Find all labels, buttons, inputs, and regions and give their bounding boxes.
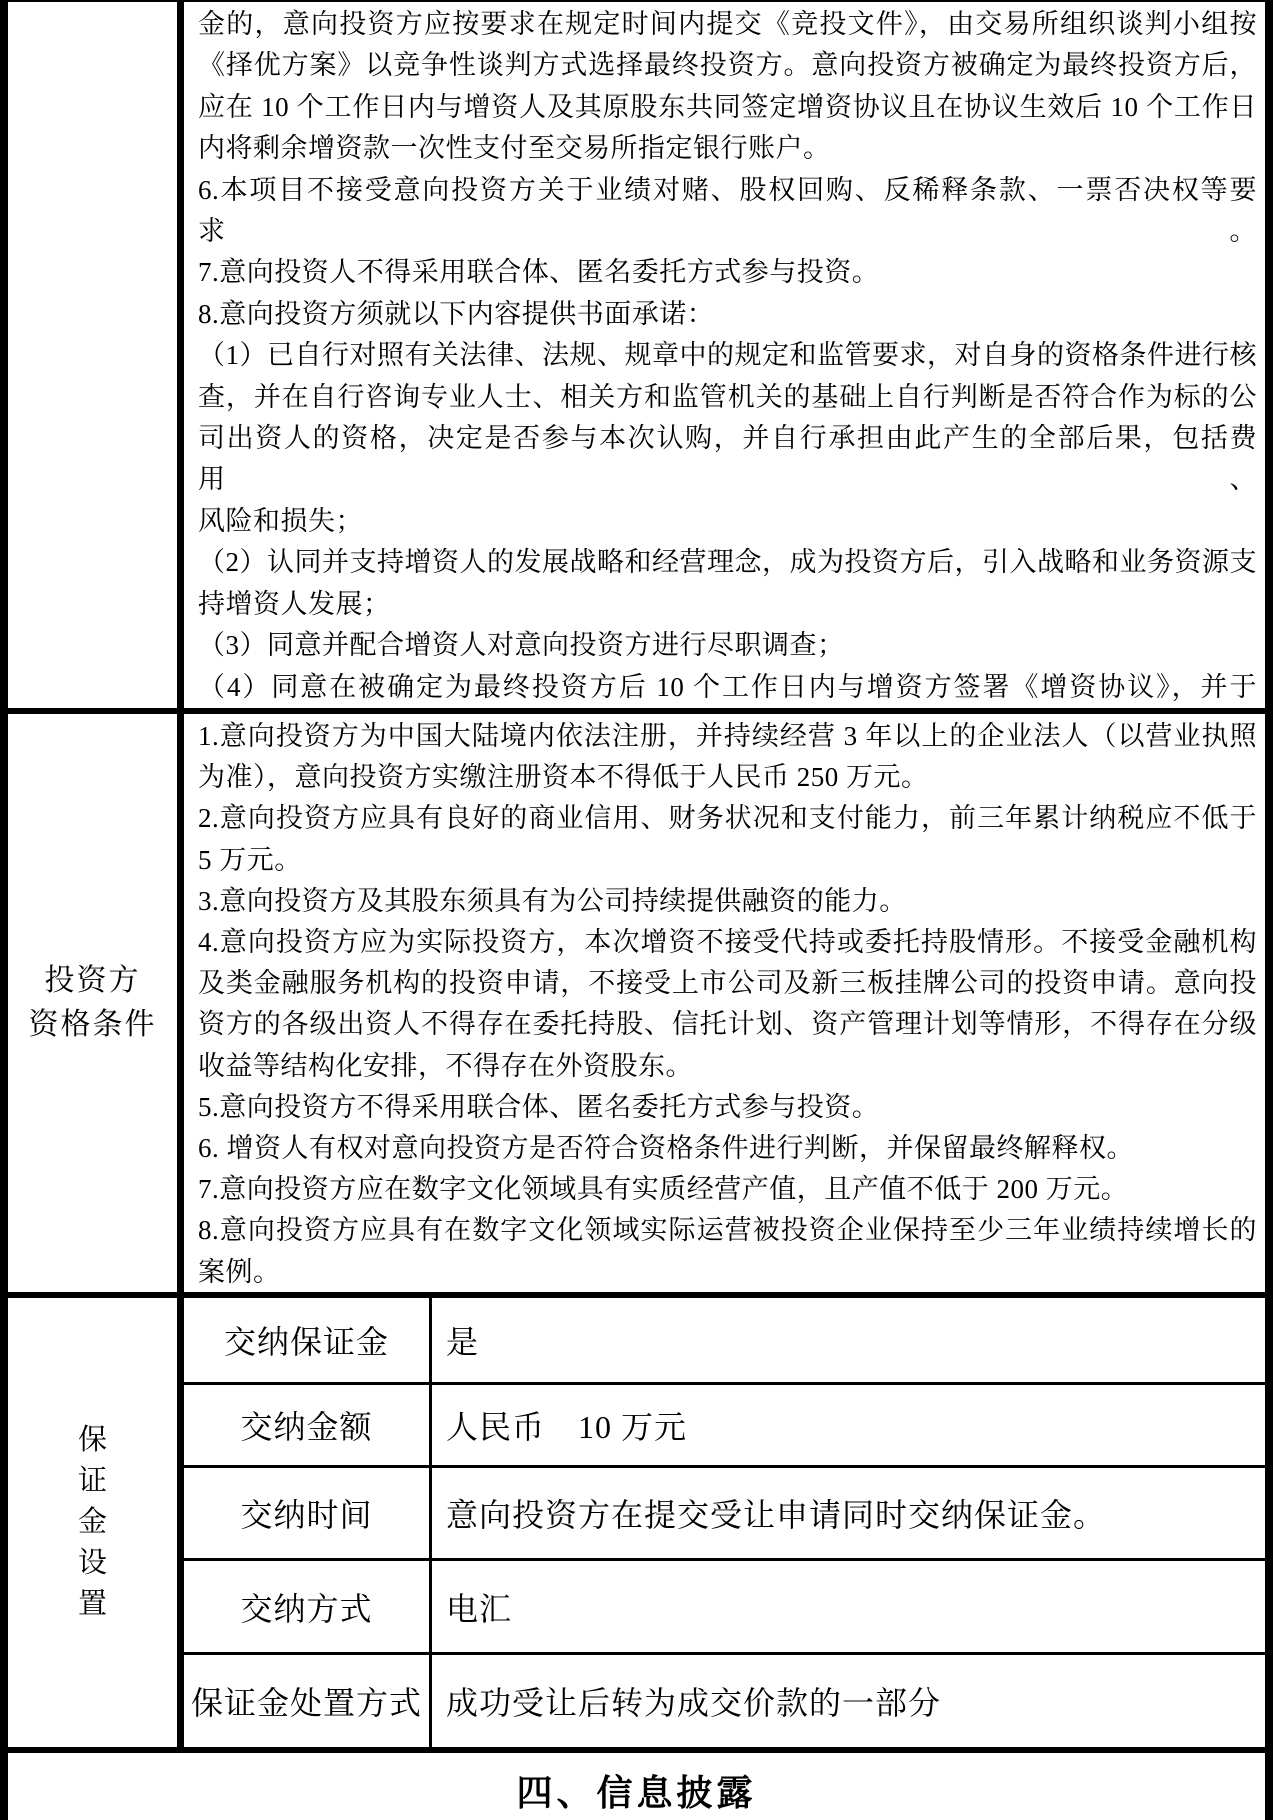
deposit-label: 保证金设置 [77, 1420, 108, 1625]
text-line: 2.意向投资方应具有良好的商业信用、财务状况和支付能力，前三年累计纳税应不低于 [198, 798, 1257, 839]
text-line: （2）认同并支持增资人的发展战略和经营理念，成为投资方后，引入战略和业务资源支 [198, 542, 1257, 583]
text-line: 5 万元。 [198, 840, 1257, 881]
text-line: 6.本项目不接受意向投资方关于业绩对赌、股权回购、反稀释条款、一票否决权等要求。 [198, 170, 1257, 253]
text-line: 司出资人的资格，决定是否参与本次认购，并自行承担由此产生的全部后果，包括费用、 [198, 418, 1257, 501]
deposit-subrow-value: 电汇 [432, 1561, 1265, 1652]
text-line: 持增资人发展； [198, 584, 1257, 625]
text-line: 8.意向投资方须就以下内容提供书面承诺： [198, 294, 1257, 335]
table-row-deposit: 保证金设置 交纳保证金 是 交纳金额 人民币 10 万元 交纳时间 意向投资方在… [8, 1298, 1265, 1753]
text-line: （3）同意并配合增资人对意向投资方进行尽职调查； [198, 625, 1257, 666]
deposit-subrow-key: 交纳方式 [184, 1561, 432, 1652]
text-line: 1.意向投资方为中国大陆境内依法注册，并持续经营 3 年以上的企业法人（以营业执… [198, 716, 1257, 757]
table-row-continuation: 金的，意向投资方应按要求在规定时间内提交《竞投文件》，由交易所组织谈判小组按《择… [8, 2, 1265, 714]
text-line: 4.意向投资方应为实际投资方，本次增资不接受代持或委托持股情形。不接受金融机构 [198, 922, 1257, 963]
text-line: 《择优方案》以竞争性谈判方式选择最终投资方。意向投资方被确定为最终投资方后， [198, 45, 1257, 86]
section-heading: 四、信息披露 [516, 1765, 756, 1816]
deposit-subrow: 交纳保证金 是 [184, 1298, 1265, 1385]
deposit-subrow-key: 交纳保证金 [184, 1298, 432, 1382]
text-line: 内将剩余增资款一次性支付至交易所指定银行账户。 [198, 128, 1257, 169]
text-line: 为准），意向投资方实缴注册资本不得低于人民币 250 万元。 [198, 757, 1257, 798]
table-footer: 四、信息披露 [8, 1753, 1265, 1820]
table-row-qualifications: 投资方资格条件 1.意向投资方为中国大陆境内依法注册，并持续经营 3 年以上的企… [8, 714, 1265, 1298]
deposit-label-cell: 保证金设置 [8, 1298, 184, 1747]
document-page: 金的，意向投资方应按要求在规定时间内提交《竞投文件》，由交易所组织谈判小组按《择… [0, 0, 1273, 1820]
text-line: （1）已自行对照有关法律、法规、规章中的规定和监管要求，对自身的资格条件进行核 [198, 335, 1257, 376]
deposit-subrow-value: 是 [432, 1298, 1265, 1382]
deposit-subrow: 交纳金额 人民币 10 万元 [184, 1385, 1265, 1468]
deposit-subrow-value: 意向投资方在提交受让申请同时交纳保证金。 [432, 1468, 1265, 1558]
continuation-content-cell: 金的，意向投资方应按要求在规定时间内提交《竞投文件》，由交易所组织谈判小组按《择… [184, 2, 1265, 708]
text-line: 6. 增资人有权对意向投资方是否符合资格条件进行判断，并保留最终解释权。 [198, 1128, 1257, 1169]
text-line: 及类金融服务机构的投资申请，不接受上市公司及新三板挂牌公司的投资申请。意向投 [198, 963, 1257, 1004]
deposit-subrow-key: 交纳金额 [184, 1385, 432, 1465]
deposit-subtable: 交纳保证金 是 交纳金额 人民币 10 万元 交纳时间 意向投资方在提交受让申请… [184, 1298, 1265, 1747]
text-line: 金的，意向投资方应按要求在规定时间内提交《竞投文件》，由交易所组织谈判小组按 [198, 4, 1257, 45]
text-line: 资方的各级出资人不得存在委托持股、信托计划、资产管理计划等情形，不得存在分级 [198, 1004, 1257, 1045]
text-line: 8.意向投资方应具有在数字文化领域实际运营被投资企业保持至少三年业绩持续增长的 [198, 1210, 1257, 1251]
text-line: 资格条件 [29, 1003, 157, 1047]
continuation-label-cell [8, 2, 184, 708]
text-line: 投资方 [45, 959, 141, 1003]
text-line: （4）同意在被确定为最终投资方后 10 个工作日内与增资方签署《增资协议》，并于… [198, 667, 1257, 709]
qualifications-label-cell: 投资方资格条件 [8, 714, 184, 1292]
deposit-subrow-key: 保证金处置方式 [184, 1655, 432, 1747]
text-line: 5.意向投资方不得采用联合体、匿名委托方式参与投资。 [198, 1087, 1257, 1128]
text-line: 风险和损失； [198, 501, 1257, 542]
text-line: 案例。 [198, 1252, 1257, 1292]
deposit-subrow: 保证金处置方式 成功受让后转为成交价款的一部分 [184, 1655, 1265, 1747]
deposit-subrow: 交纳时间 意向投资方在提交受让申请同时交纳保证金。 [184, 1468, 1265, 1561]
text-line: 7.意向投资人不得采用联合体、匿名委托方式参与投资。 [198, 252, 1257, 293]
text-line: 查，并在自行咨询专业人士、相关方和监管机关的基础上自行判断是否符合作为标的公 [198, 377, 1257, 418]
deposit-subrow-value: 成功受让后转为成交价款的一部分 [432, 1655, 1265, 1747]
text-line: 收益等结构化安排，不得存在外资股东。 [198, 1046, 1257, 1087]
text-line: 3.意向投资方及其股东须具有为公司持续提供融资的能力。 [198, 881, 1257, 922]
qualifications-content-cell: 1.意向投资方为中国大陆境内依法注册，并持续经营 3 年以上的企业法人（以营业执… [184, 714, 1265, 1292]
text-line: 7.意向投资方应在数字文化领域具有实质经营产值，且产值不低于 200 万元。 [198, 1169, 1257, 1210]
deposit-subrow-value: 人民币 10 万元 [432, 1385, 1265, 1465]
text-line: 应在 10 个工作日内与增资人及其原股东共同签定增资协议且在协议生效后 10 个… [198, 87, 1257, 128]
deposit-subrow: 交纳方式 电汇 [184, 1561, 1265, 1655]
deposit-subrow-key: 交纳时间 [184, 1468, 432, 1558]
